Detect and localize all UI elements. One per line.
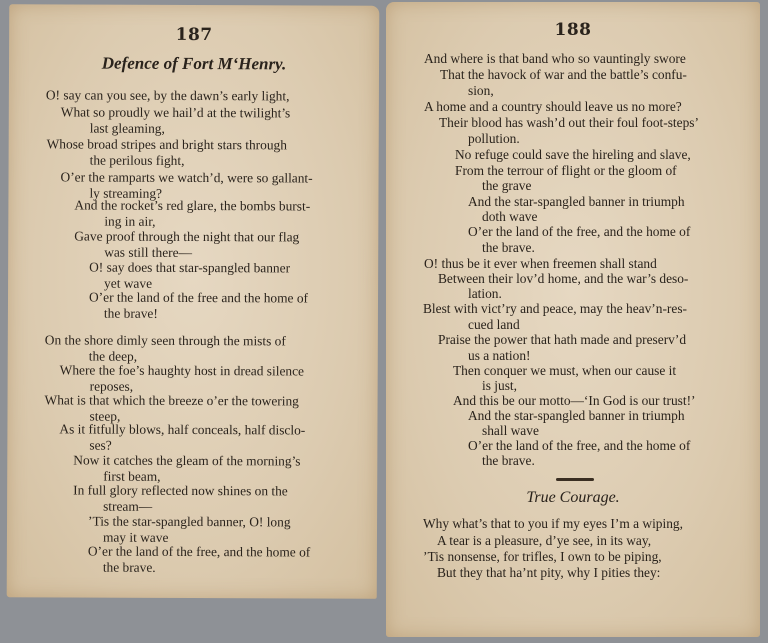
verse-line: reposes, (90, 380, 134, 394)
verse-line: shall wave (482, 424, 539, 437)
verse-line: In full glory reflected now shines on th… (73, 483, 288, 497)
verse-line: From the terrour of flight or the gloom … (455, 164, 677, 177)
verse-line: the brave! (104, 307, 158, 321)
verse-line: first beam, (103, 470, 160, 484)
verse-line: A home and a country should leave us no … (424, 100, 682, 113)
poem-title: Defence of Fort M‘Henry. (9, 53, 379, 75)
verse-line: Now it catches the gleam of the morning’… (73, 453, 300, 467)
left-page: 187 Defence of Fort M‘Henry. O! say can … (7, 4, 380, 599)
verse-line: O’er the land of the free, and the home … (468, 225, 690, 238)
verse-line: ’Tis the star-spangled banner, O! long (88, 515, 291, 529)
poem-body: O! say can you see, by the dawn’s early … (9, 4, 379, 6)
verse-line: A tear is a pleasure, d’ye see, in its w… (437, 534, 651, 547)
verse-line: the grave (482, 179, 531, 192)
verse-line: is just, (482, 379, 517, 392)
verse-line: ses? (89, 439, 111, 453)
verse-line: Whose broad stripes and bright stars thr… (47, 137, 287, 151)
verse-line: us a nation! (468, 349, 530, 362)
verse-line: pollution. (468, 132, 520, 145)
verse-line: may it wave (103, 531, 169, 545)
verse-line: last gleaming, (90, 122, 165, 136)
section-title: True Courage. (386, 489, 760, 507)
page-number: 187 (9, 24, 379, 46)
verse-line: cued land (468, 318, 520, 331)
verse-line: What so proudly we hail’d at the twiligh… (61, 105, 291, 119)
verse-line: the brave. (103, 561, 156, 575)
verse-line: O’er the land of the free, and the home … (88, 545, 310, 559)
page-number: 188 (386, 20, 760, 40)
verse-line: As it fitfully blows, half conceals, hal… (59, 422, 305, 436)
verse-line: the deep, (89, 350, 137, 364)
verse-line: O’er the land of the free and the home o… (89, 291, 308, 305)
verse-line: And the star-spangled banner in triumph (468, 409, 685, 422)
verse-line: ing in air, (104, 215, 155, 229)
verse-line: doth wave (482, 210, 537, 223)
verse-line: O’er the land of the free, and the home … (468, 439, 690, 452)
verse-line: O! say does that star-spangled banner (89, 261, 290, 275)
verse-line: And the star-spangled banner in triumph (468, 195, 685, 208)
right-page: 188 And where is that band who so vaunti… (386, 2, 760, 637)
verse-line: O! thus be it ever when freemen shall st… (424, 257, 657, 270)
verse-line: Where the foe’s haughty host in dread si… (60, 363, 304, 377)
verse-line: Gave proof through the night that our fl… (74, 229, 299, 243)
verse-line: sion, (468, 84, 494, 97)
verse-line: the brave. (482, 454, 535, 467)
verse-line: was still there— (104, 246, 192, 260)
verse-line: And the rocket’s red glare, the bombs bu… (74, 198, 310, 212)
verse-line: stream— (103, 500, 152, 514)
verse-line: That the havock of war and the battle’s … (440, 68, 687, 81)
verse-line: And where is that band who so vauntingly… (424, 52, 686, 65)
verse-line: Then conquer we must, when our cause it (453, 364, 676, 377)
verse-line: And this be our motto—‘In God is our tru… (453, 394, 696, 407)
verse-line: Their blood has wash’d out their foul fo… (439, 116, 699, 129)
verse-line: the brave. (482, 241, 535, 254)
verse-line: On the shore dimly seen through the mist… (45, 333, 286, 347)
verse-line: No refuge could save the hireling and sl… (455, 148, 691, 161)
verse-line: Between their lov’d home, and the war’s … (438, 272, 688, 285)
ornament-divider (556, 478, 594, 481)
verse-line: Why what’s that to you if my eyes I’m a … (423, 517, 683, 530)
verse-line: lation. (468, 287, 502, 300)
verse-line: O’er the ramparts we watch’d, were so ga… (61, 170, 313, 185)
verse-line: yet wave (104, 277, 152, 291)
verse-line: Blest with vict’ry and peace, may the he… (423, 302, 687, 315)
verse-line: the perilous fight, (90, 154, 185, 168)
verse-line: But they that ha’nt pity, why I pities t… (437, 566, 660, 579)
verse-line: ’Tis nonsense, for trifles, I own to be … (423, 550, 662, 563)
verse-line: O! say can you see, by the dawn’s early … (46, 88, 290, 102)
verse-line: Praise the power that hath made and pres… (438, 333, 686, 346)
verse-line: What is that which the breeze o’er the t… (45, 393, 299, 408)
